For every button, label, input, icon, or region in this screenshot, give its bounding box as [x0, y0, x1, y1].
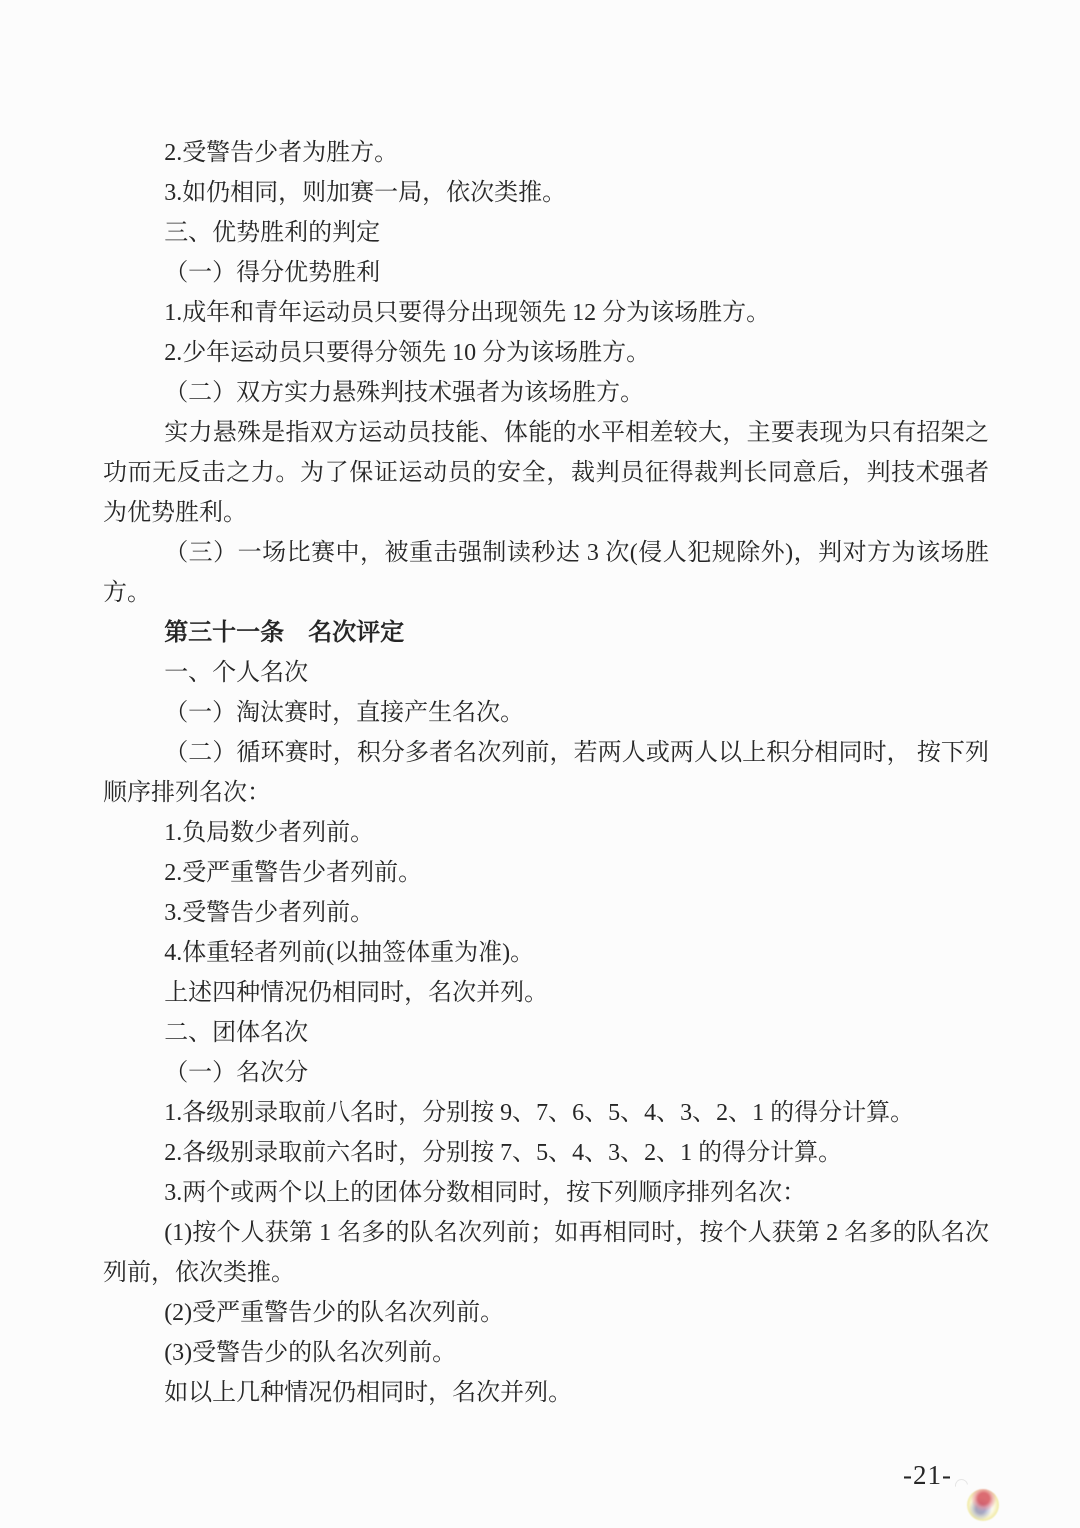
paragraph: 4.体重轻者列前(以抽签体重为准)。	[103, 933, 989, 973]
paragraph: 实力悬殊是指双方运动员技能、体能的水平相差较大，主要表现为只有招架之功而无反击之…	[103, 413, 989, 533]
paragraph: 1.各级别录取前八名时，分别按 9、7、6、5、4、3、2、1 的得分计算。	[103, 1093, 989, 1133]
paragraph: (2)受严重警告少的队名次列前。	[103, 1293, 989, 1333]
color-seal-watermark-icon	[967, 1489, 999, 1521]
paragraph: 二、团体名次	[103, 1013, 989, 1053]
paragraph: 2.受警告少者为胜方。	[103, 133, 989, 173]
article-heading: 第三十一条 名次评定	[103, 613, 989, 653]
paragraph: 1.成年和青年运动员只要得分出现领先 12 分为该场胜方。	[103, 293, 989, 333]
paragraph: （二）双方实力悬殊判技术强者为该场胜方。	[103, 373, 989, 413]
paragraph: 3.两个或两个以上的团体分数相同时，按下列顺序排列名次：	[103, 1173, 989, 1213]
paragraph: （三）一场比赛中，被重击强制读秒达 3 次(侵人犯规除外)，判对方为该场胜方。	[103, 533, 989, 613]
paragraph: 3.受警告少者列前。	[103, 893, 989, 933]
paragraph: 2.各级别录取前六名时，分别按 7、5、4、3、2、1 的得分计算。	[103, 1133, 989, 1173]
paragraph: （一）名次分	[103, 1053, 989, 1093]
paragraph: 一、个人名次	[103, 653, 989, 693]
paragraph: 3.如仍相同，则加赛一局，依次类推。	[103, 173, 989, 213]
paragraph: （一）淘汰赛时，直接产生名次。	[103, 693, 989, 733]
document-body: 2.受警告少者为胜方。3.如仍相同，则加赛一局，依次类推。三、优势胜利的判定（一…	[103, 133, 989, 1413]
paragraph: (1)按个人获第 1 名多的队名次列前；如再相同时，按个人获第 2 名多的队名次…	[103, 1213, 989, 1293]
paragraph: 如以上几种情况仍相同时，名次并列。	[103, 1373, 989, 1413]
paragraph: 2.少年运动员只要得分领先 10 分为该场胜方。	[103, 333, 989, 373]
document-page: 2.受警告少者为胜方。3.如仍相同，则加赛一局，依次类推。三、优势胜利的判定（一…	[0, 0, 1080, 1528]
paragraph: （二）循环赛时，积分多者名次列前，若两人或两人以上积分相同时， 按下列顺序排列名…	[103, 733, 989, 813]
paragraph: 1.负局数少者列前。	[103, 813, 989, 853]
paragraph: (3)受警告少的队名次列前。	[103, 1333, 989, 1373]
paragraph: 三、优势胜利的判定	[103, 213, 989, 253]
paragraph: 上述四种情况仍相同时，名次并列。	[103, 973, 989, 1013]
paragraph: 2.受严重警告少者列前。	[103, 853, 989, 893]
paragraph: （一）得分优势胜利	[103, 253, 989, 293]
